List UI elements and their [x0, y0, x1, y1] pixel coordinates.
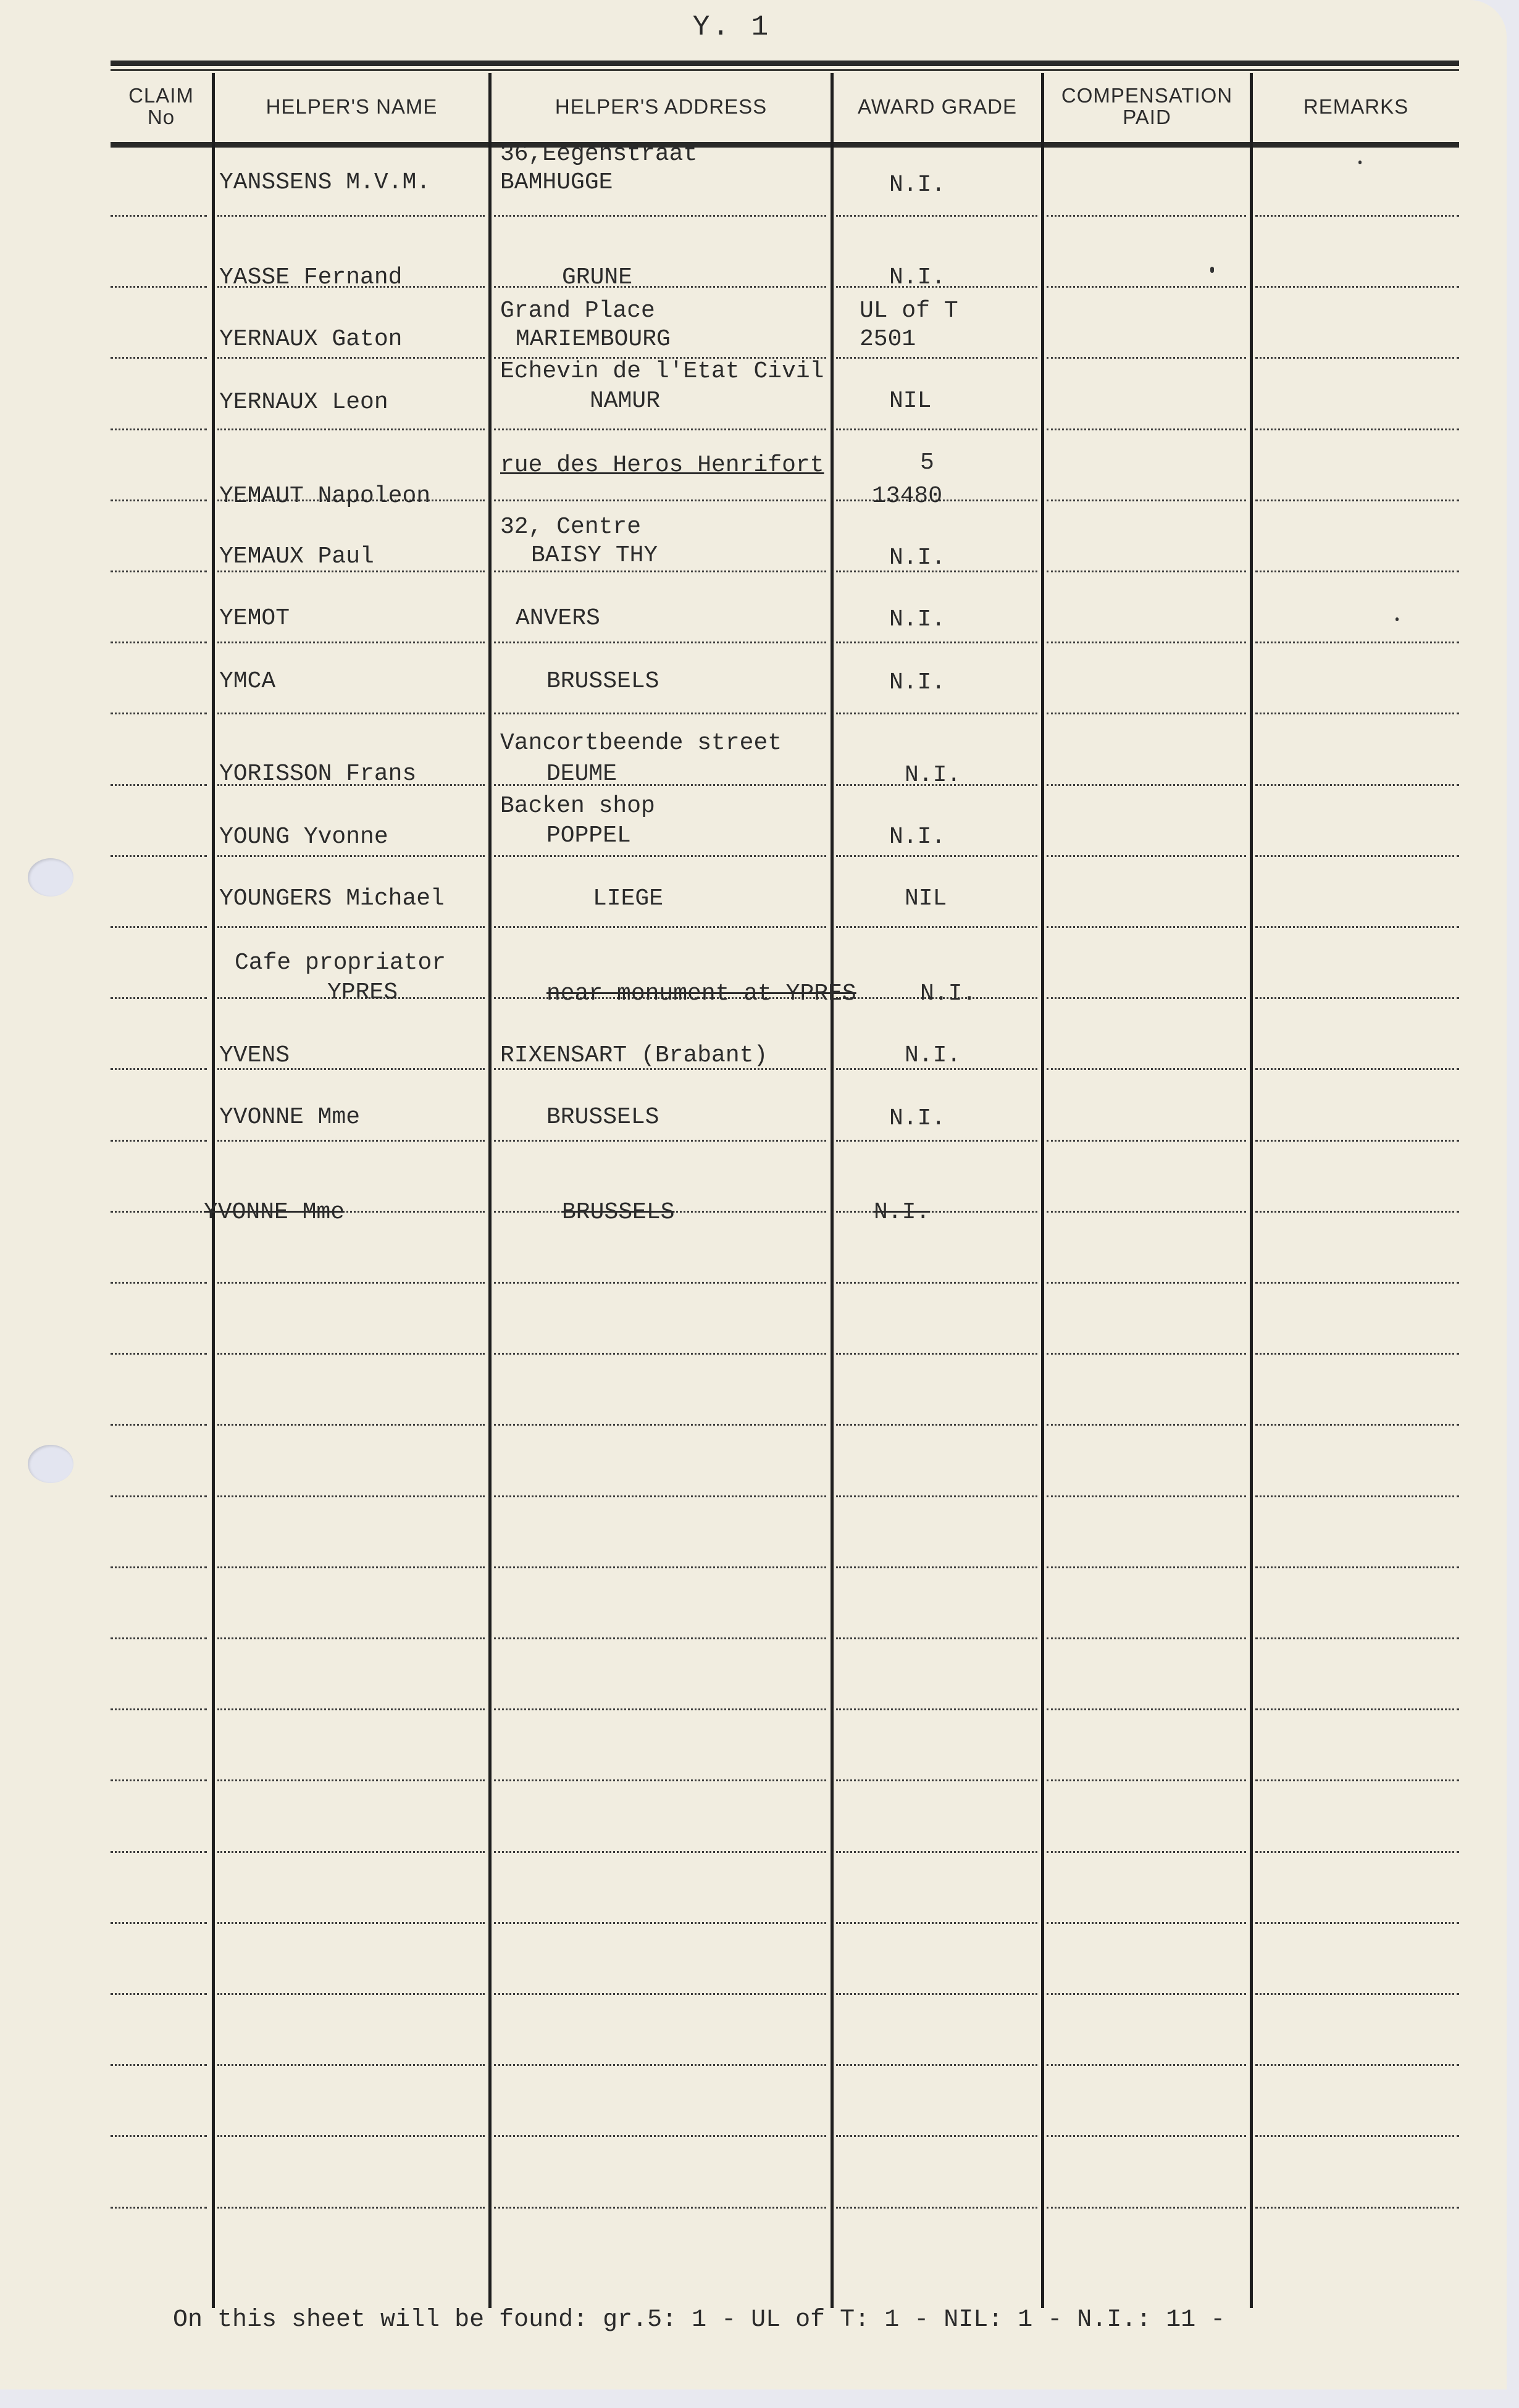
- dotted-row-line: [1047, 1708, 1246, 1710]
- dotted-row-line: [494, 1851, 826, 1853]
- dotted-row-line: [1047, 1068, 1246, 1070]
- dotted-row-line: [1047, 1851, 1246, 1853]
- dotted-row-line: [836, 1708, 1037, 1710]
- dotted-row-line: [111, 1922, 207, 1924]
- dotted-row-line: [111, 642, 207, 643]
- dotted-row-line: [111, 2064, 207, 2066]
- dotted-row-line: [1047, 2135, 1246, 2137]
- dotted-row-line: [1255, 926, 1459, 928]
- dotted-row-line: [836, 1922, 1037, 1924]
- column-divider: [831, 73, 834, 2308]
- dotted-row-line: [1255, 571, 1459, 572]
- dotted-row-line: [836, 2064, 1037, 2066]
- dotted-row-line: [1047, 1211, 1246, 1213]
- helper-name: YVONNE Mme: [204, 1198, 345, 1227]
- dotted-row-line: [1255, 855, 1459, 857]
- sheet-summary: On this sheet will be found: gr.5: 1 - U…: [173, 2306, 1225, 2334]
- header-bottom-rule: [111, 142, 1459, 148]
- dotted-row-line: [836, 2207, 1037, 2209]
- dotted-row-line: [111, 215, 207, 217]
- dotted-row-line: [494, 500, 826, 501]
- punch-hole-icon: [28, 858, 73, 897]
- address-line2: LIEGE: [593, 884, 663, 914]
- address-line2: BAISY THY: [531, 541, 658, 571]
- dotted-row-line: [836, 642, 1037, 643]
- award-grade: NIL: [889, 387, 931, 416]
- dotted-row-line: [1047, 286, 1246, 288]
- dotted-row-line: [494, 1353, 826, 1355]
- dotted-row-line: [836, 2135, 1037, 2137]
- dotted-row-line: [111, 1566, 207, 1568]
- dotted-row-line: [1047, 713, 1246, 714]
- dotted-row-line: [1047, 1140, 1246, 1142]
- address-line1: 32, Centre: [500, 512, 641, 542]
- dotted-row-line: [111, 997, 207, 999]
- address-line1: Vancortbeende street: [500, 729, 782, 758]
- address-line2: NAMUR: [590, 387, 660, 416]
- dotted-row-line: [111, 429, 207, 430]
- dotted-row-line: [111, 1993, 207, 1995]
- column-divider: [212, 73, 215, 2308]
- dotted-row-line: [494, 429, 826, 430]
- dotted-row-line: [217, 2207, 485, 2209]
- award-grade: N.I.: [889, 822, 945, 852]
- header-label: HELPER'S ADDRESS: [555, 96, 767, 118]
- dotted-row-line: [494, 1424, 826, 1426]
- helper-name: YOUNGERS Michael: [219, 884, 445, 914]
- dotted-row-line: [494, 1779, 826, 1781]
- dotted-row-line: [494, 2064, 826, 2066]
- dotted-row-line: [1255, 713, 1459, 714]
- dotted-row-line: [217, 855, 485, 857]
- helper-name: YERNAUX Leon: [219, 388, 388, 417]
- dotted-row-line: [836, 429, 1037, 430]
- dotted-row-line: [494, 1993, 826, 1995]
- address-line1: rue des Heros Henrifort: [500, 451, 824, 480]
- dotted-row-line: [1047, 1637, 1246, 1639]
- dotted-row-line: [217, 357, 485, 359]
- dotted-row-line: [1255, 429, 1459, 430]
- address-line1: Grand Place: [500, 296, 655, 326]
- address-line2: DEUME: [546, 759, 617, 789]
- dotted-row-line: [836, 1993, 1037, 1995]
- dotted-row-line: [111, 2207, 207, 2209]
- dotted-row-line: [1047, 429, 1246, 430]
- dotted-row-line: [1255, 1922, 1459, 1924]
- dotted-row-line: [1047, 784, 1246, 786]
- dotted-row-line: [1047, 926, 1246, 928]
- dotted-row-line: [494, 1495, 826, 1497]
- dotted-row-line: [1047, 1495, 1246, 1497]
- dotted-row-line: [111, 571, 207, 572]
- dotted-row-line: [1255, 357, 1459, 359]
- dotted-row-line: [111, 1068, 207, 1070]
- dotted-row-line: [217, 1140, 485, 1142]
- helper-name: YEMAUX Paul: [219, 542, 374, 572]
- dotted-row-line: [1047, 1779, 1246, 1781]
- address-line2: BRUSSELS: [562, 1198, 674, 1227]
- award-grade: N.I.: [889, 605, 945, 635]
- dotted-row-line: [217, 642, 485, 643]
- dotted-row-line: [1255, 2135, 1459, 2137]
- dotted-row-line: [1047, 1566, 1246, 1568]
- helper-name: YEMOT: [219, 604, 290, 633]
- dotted-row-line: [836, 215, 1037, 217]
- helper-name: YANSSENS M.V.M.: [219, 168, 430, 198]
- award-grade: N.I.: [874, 1198, 930, 1227]
- dotted-row-line: [217, 1779, 485, 1781]
- ink-speck: [1210, 267, 1214, 273]
- dotted-row-line: [494, 1922, 826, 1924]
- dotted-row-line: [217, 1708, 485, 1710]
- column-header-award-grade: AWARD GRADE: [834, 73, 1041, 141]
- address-line2: GRUNE: [562, 263, 632, 293]
- address-line2: ANVERS: [516, 604, 600, 633]
- dotted-row-line: [494, 571, 826, 572]
- dotted-row-line: [217, 713, 485, 714]
- dotted-row-line: [111, 1708, 207, 1710]
- dotted-row-line: [836, 357, 1037, 359]
- award-grade: N.I.: [889, 170, 945, 200]
- column-header-remarks: REMARKS: [1253, 73, 1459, 141]
- dotted-row-line: [217, 1566, 485, 1568]
- dotted-row-line: [494, 713, 826, 714]
- address-line1: Echevin de l'Etat Civil: [500, 357, 824, 387]
- address-line2: BRUSSELS: [546, 667, 659, 696]
- award-grade: N.I.: [905, 1041, 961, 1071]
- dotted-row-line: [1255, 997, 1459, 999]
- dotted-row-line: [111, 1495, 207, 1497]
- helper-name: YEMAUT Napoleon: [219, 482, 430, 511]
- helper-name: YPRES: [327, 978, 398, 1008]
- dotted-row-line: [836, 1779, 1037, 1781]
- dotted-row-line: [1255, 1211, 1459, 1213]
- dotted-row-line: [836, 1851, 1037, 1853]
- award-grade: N.I.: [889, 543, 945, 573]
- dotted-row-line: [836, 713, 1037, 714]
- award-grade: N.I.: [889, 263, 945, 293]
- dotted-row-line: [217, 2135, 485, 2137]
- dotted-row-line: [836, 926, 1037, 928]
- dotted-row-line: [111, 1851, 207, 1853]
- dotted-row-line: [217, 1637, 485, 1639]
- dotted-row-line: [836, 1424, 1037, 1426]
- helper-name: YVENS: [219, 1041, 290, 1071]
- dotted-row-line: [111, 500, 207, 501]
- dotted-row-line: [1255, 1779, 1459, 1781]
- dotted-row-line: [494, 2135, 826, 2137]
- dotted-row-line: [1255, 1566, 1459, 1568]
- dotted-row-line: [1255, 1424, 1459, 1426]
- dotted-row-line: [111, 1424, 207, 1426]
- dotted-row-line: [1047, 1424, 1246, 1426]
- dotted-row-line: [1047, 855, 1246, 857]
- dotted-row-line: [111, 357, 207, 359]
- dotted-row-line: [836, 855, 1037, 857]
- ink-speck: [1396, 617, 1399, 621]
- dotted-row-line: [217, 1282, 485, 1284]
- torn-bottom-edge: [0, 2365, 1507, 2389]
- award-grade: N.I.: [889, 1104, 945, 1134]
- ink-speck: [1358, 161, 1362, 164]
- dotted-row-line: [111, 1779, 207, 1781]
- dotted-row-line: [836, 1353, 1037, 1355]
- column-divider: [1250, 73, 1253, 2308]
- address-line2: RIXENSART (Brabant): [500, 1041, 768, 1071]
- dotted-row-line: [111, 1282, 207, 1284]
- dotted-row-line: [1255, 1353, 1459, 1355]
- award-grade: 5: [920, 448, 934, 478]
- dotted-row-line: [1255, 1140, 1459, 1142]
- dotted-row-line: [836, 1566, 1037, 1568]
- column-header-helper-name: HELPER'S NAME: [215, 73, 488, 141]
- dotted-row-line: [494, 642, 826, 643]
- dotted-row-line: [111, 1211, 207, 1213]
- dotted-row-line: [494, 1282, 826, 1284]
- dotted-row-line: [1255, 1068, 1459, 1070]
- dotted-row-line: [111, 286, 207, 288]
- award-grade-line2: 13480: [872, 482, 942, 511]
- dotted-row-line: [1047, 1353, 1246, 1355]
- dotted-row-line: [1255, 500, 1459, 501]
- dotted-row-line: [217, 215, 485, 217]
- punch-hole-icon: [28, 1445, 73, 1483]
- column-header-helper-address: HELPER'S ADDRESS: [492, 73, 831, 141]
- dotted-row-line: [836, 1282, 1037, 1284]
- dotted-row-line: [217, 1424, 485, 1426]
- address-line2: BRUSSELS: [546, 1103, 659, 1132]
- dotted-row-line: [111, 855, 207, 857]
- dotted-row-line: [111, 2135, 207, 2137]
- dotted-row-line: [217, 1353, 485, 1355]
- header-top-thin-rule: [111, 69, 1459, 71]
- dotted-row-line: [111, 926, 207, 928]
- column-divider: [1041, 73, 1044, 2308]
- dotted-row-line: [1047, 500, 1246, 501]
- column-header-compensation-paid: COMPENSATION PAID: [1044, 73, 1250, 141]
- dotted-row-line: [1047, 642, 1246, 643]
- dotted-row-line: [217, 926, 485, 928]
- dotted-row-line: [836, 1495, 1037, 1497]
- dotted-row-line: [836, 1140, 1037, 1142]
- dotted-row-line: [1047, 1282, 1246, 1284]
- address-line2: near monument at YPRES: [546, 979, 856, 1009]
- header-label: REMARKS: [1303, 96, 1408, 118]
- dotted-row-line: [1255, 215, 1459, 217]
- column-header-claim-no: CLAIM No: [111, 73, 212, 141]
- dotted-row-line: [494, 1637, 826, 1639]
- dotted-row-line: [111, 713, 207, 714]
- helper-name: YVONNE Mme: [219, 1103, 360, 1132]
- dotted-row-line: [836, 1637, 1037, 1639]
- address-line2: POPPEL: [546, 821, 631, 851]
- address-line2: MARIEMBOURG: [516, 325, 671, 354]
- dotted-row-line: [1255, 1637, 1459, 1639]
- header-top-rule: [111, 61, 1459, 66]
- dotted-row-line: [1047, 571, 1246, 572]
- dotted-row-line: [1255, 1993, 1459, 1995]
- helper-name: YASSE Fernand: [219, 263, 402, 293]
- dotted-row-line: [217, 2064, 485, 2066]
- dotted-row-line: [1047, 997, 1246, 999]
- dotted-row-line: [1255, 286, 1459, 288]
- dotted-row-line: [494, 926, 826, 928]
- dotted-row-line: [494, 1566, 826, 1568]
- dotted-row-line: [1255, 1708, 1459, 1710]
- dotted-row-line: [217, 1495, 485, 1497]
- dotted-row-line: [1255, 784, 1459, 786]
- helper-name: YERNAUX Gaton: [219, 325, 402, 354]
- dotted-row-line: [1255, 1851, 1459, 1853]
- helper-name: YMCA: [219, 667, 275, 696]
- dotted-row-line: [217, 1922, 485, 1924]
- dotted-row-line: [1047, 1993, 1246, 1995]
- address-line2: BAMHUGGE: [500, 168, 613, 198]
- dotted-row-line: [111, 1140, 207, 1142]
- dotted-row-line: [111, 1637, 207, 1639]
- header-label: HELPER'S NAME: [266, 96, 438, 118]
- dotted-row-line: [217, 429, 485, 430]
- award-grade: N.I.: [905, 761, 961, 790]
- header-label: CLAIM No: [128, 85, 194, 128]
- dotted-row-line: [1255, 2207, 1459, 2209]
- dotted-row-line: [494, 2207, 826, 2209]
- page-title: Y. 1: [0, 11, 1463, 43]
- award-grade: N.I.: [889, 668, 945, 698]
- dotted-row-line: [494, 855, 826, 857]
- dotted-row-line: [217, 1851, 485, 1853]
- award-grade-line2: 2501: [860, 325, 916, 354]
- dotted-row-line: [494, 286, 826, 288]
- dotted-row-line: [1047, 2064, 1246, 2066]
- award-grade: UL of T: [860, 296, 958, 326]
- address-line1: Backen shop: [500, 792, 655, 821]
- dotted-row-line: [1255, 1495, 1459, 1497]
- dotted-row-line: [836, 1211, 1037, 1213]
- dotted-row-line: [494, 1140, 826, 1142]
- dotted-row-line: [1255, 1282, 1459, 1284]
- dotted-row-line: [1255, 2064, 1459, 2066]
- dotted-row-line: [494, 215, 826, 217]
- helper-name-line1: Cafe propriator: [235, 948, 446, 978]
- dotted-row-line: [494, 784, 826, 786]
- dotted-row-line: [111, 1353, 207, 1355]
- header-label: AWARD GRADE: [858, 96, 1017, 118]
- dotted-row-line: [1047, 215, 1246, 217]
- dotted-row-line: [494, 1708, 826, 1710]
- dotted-row-line: [111, 784, 207, 786]
- column-divider: [488, 73, 492, 2308]
- award-grade: N.I.: [920, 979, 976, 1009]
- award-grade: NIL: [905, 884, 947, 914]
- dotted-row-line: [217, 1993, 485, 1995]
- dotted-row-line: [1255, 642, 1459, 643]
- header-label: COMPENSATION PAID: [1061, 85, 1232, 128]
- dotted-row-line: [1047, 357, 1246, 359]
- address-line1: 36,Eegenstraat: [500, 140, 697, 169]
- dotted-row-line: [1047, 1922, 1246, 1924]
- dotted-row-line: [1047, 2207, 1246, 2209]
- helper-name: YORISSON Frans: [219, 759, 416, 789]
- helper-name: YOUNG Yvonne: [219, 822, 388, 852]
